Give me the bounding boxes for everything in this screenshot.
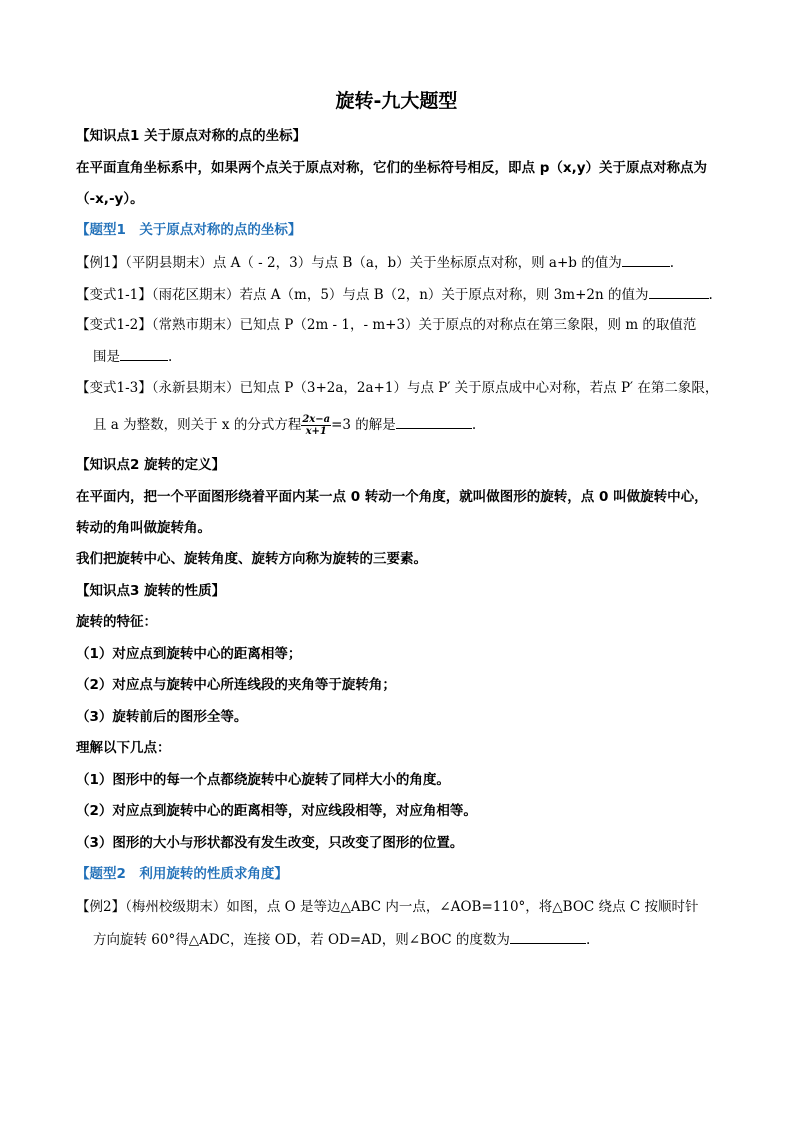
period: .	[168, 349, 172, 365]
kp2-heading: 【知识点2 旋转的定义】	[76, 455, 225, 475]
variant-1-3: 【变式1-3】（永新县期末）已知点 P（3+2a，2a+1）与点 P′ 关于原点…	[76, 378, 718, 398]
fraction-numerator: 2x−a	[301, 414, 331, 426]
kp1-text-1: 在平面直角坐标系中，如果两个点关于原点对称，它们的坐标符号相反，即点 p（x,y…	[76, 158, 707, 178]
page-title: 旋转-九大题型	[0, 86, 793, 113]
period: .	[670, 255, 674, 271]
variant-1-2-label: 【变式1-2】	[76, 317, 152, 333]
variant-1-3-text: （永新县期末）已知点 P（3+2a，2a+1）与点 P′ 关于原点成中心对称，若…	[152, 380, 719, 396]
answer-blank[interactable]	[510, 929, 586, 944]
type1-heading: 【题型1 关于原点对称的点的坐标】	[76, 220, 301, 240]
kp2-text-3: 我们把旋转中心、旋转角度、旋转方向称为旋转的三要素。	[76, 549, 427, 569]
example-2-cont: 方向旋转 60°得△ADC，连接 OD，若 OD=AD，则∠BOC 的度数为.	[93, 929, 590, 950]
answer-blank[interactable]	[622, 252, 670, 267]
kp3-feature-2: （2）对应点与旋转中心所连线段的夹角等于旋转角；	[76, 675, 396, 695]
variant-1-3-cont: 且 a 为整数，则关于 x 的分式方程2x−ax+1=3 的解是.	[93, 414, 476, 437]
type2-heading: 【题型2 利用旋转的性质求角度】	[76, 864, 288, 884]
variant-1-1: 【变式1-1】（雨花区期末）若点 A（m，5）与点 B（2，n）关于原点对称，则…	[76, 284, 713, 305]
kp3-understand-label: 理解以下几点：	[76, 738, 171, 758]
variant-1-3-text-2: 且 a 为整数，则关于 x 的分式方程	[93, 417, 301, 433]
variant-1-3-label: 【变式1-3】	[76, 380, 152, 396]
variant-1-2-cont: 围是.	[93, 346, 172, 367]
fraction: 2x−ax+1	[301, 414, 331, 437]
example-1: 【例1】（平阴县期末）点 A（ - 2，3）与点 B（a，b）关于坐标原点对称，…	[76, 252, 674, 273]
kp3-understand-3: （3）图形的大小与形状都没有发生改变，只改变了图形的位置。	[76, 833, 463, 853]
kp2-text-1: 在平面内，把一个平面图形绕着平面内某一点 0 转动一个角度，就叫做图形的旋转，点…	[76, 487, 708, 507]
period: .	[472, 417, 476, 433]
variant-1-1-label: 【变式1-1】	[76, 287, 152, 303]
kp3-heading: 【知识点3 旋转的性质】	[76, 581, 225, 601]
example-2-text-2: 方向旋转 60°得△ADC，连接 OD，若 OD=AD，则∠BOC 的度数为	[93, 932, 510, 948]
example-2-label: 【例2】	[76, 899, 125, 915]
example-2: 【例2】（梅州校级期末）如图，点 O 是等边△ABC 内一点，∠AOB=110°…	[76, 897, 698, 917]
variant-1-2-text: （常熟市期末）已知点 P（2m - 1，- m+3）关于原点的对称点在第三象限，…	[152, 317, 697, 333]
period: .	[586, 932, 590, 948]
fraction-denominator: x+1	[306, 426, 327, 437]
document-page: 旋转-九大题型 【知识点1 关于原点对称的点的坐标】 在平面直角坐标系中，如果两…	[0, 0, 793, 1122]
kp2-text-2: 转动的角叫做旋转角。	[76, 518, 211, 538]
kp3-understand-2: （2）对应点到旋转中心的距离相等，对应线段相等，对应角相等。	[76, 801, 477, 821]
kp1-heading: 【知识点1 关于原点对称的点的坐标】	[76, 126, 306, 146]
answer-blank[interactable]	[120, 346, 168, 361]
kp1-text-2: （-x,-y）。	[76, 189, 144, 209]
example-1-text: （平阴县期末）点 A（ - 2，3）与点 B（a，b）关于坐标原点对称，则 a+…	[125, 255, 622, 271]
variant-1-3-text-3: =3 的解是	[331, 417, 396, 433]
kp3-feature-3: （3）旋转前后的图形全等。	[76, 707, 247, 727]
answer-blank[interactable]	[396, 414, 472, 429]
period: .	[709, 287, 713, 303]
kp3-feature-1: （1）对应点到旋转中心的距离相等；	[76, 644, 301, 664]
answer-blank[interactable]	[649, 284, 709, 299]
variant-1-2: 【变式1-2】（常熟市期末）已知点 P（2m - 1，- m+3）关于原点的对称…	[76, 315, 696, 335]
variant-1-2-text-2: 围是	[93, 349, 120, 365]
kp3-features-label: 旋转的特征：	[76, 612, 157, 632]
example-1-label: 【例1】	[76, 255, 125, 271]
example-2-text: （梅州校级期末）如图，点 O 是等边△ABC 内一点，∠AOB=110°，将△B…	[125, 899, 698, 915]
variant-1-1-text: （雨花区期末）若点 A（m，5）与点 B（2，n）关于原点对称，则 3m+2n …	[152, 287, 649, 303]
kp3-understand-1: （1）图形中的每一个点都绕旋转中心旋转了同样大小的角度。	[76, 770, 450, 790]
